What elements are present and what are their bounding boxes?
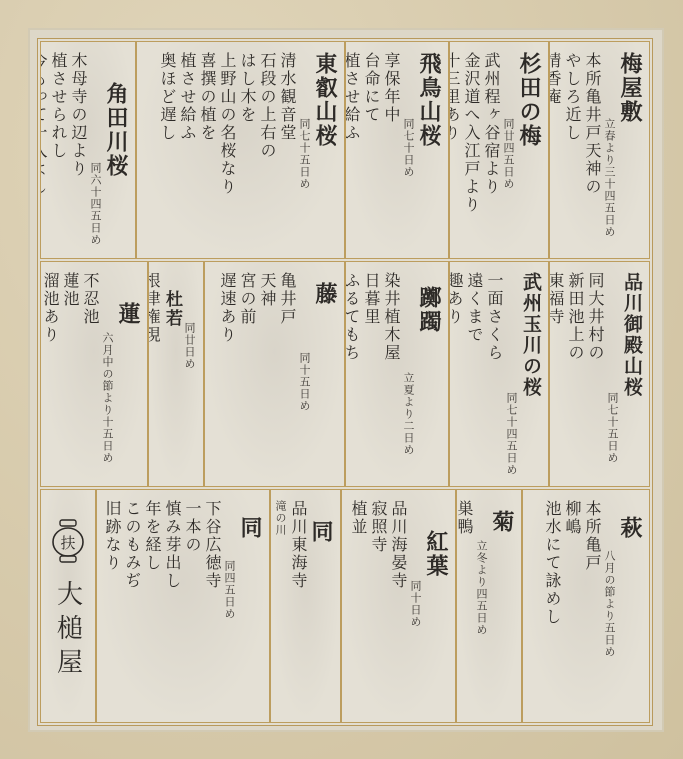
cell-lotus: 蓮 六月中の節より十五日め 不忍池 蓮池 溜池あり [40, 261, 148, 487]
entry-line: 趣あり [449, 272, 462, 480]
cell-iris: 同廿日め 杜若 根津権現 [148, 261, 204, 487]
entry-line: 一本の [184, 500, 200, 716]
entry-note: 立春より三十四五日め [604, 52, 615, 252]
entry-line: 上野山の名桜なり [219, 52, 235, 252]
entry-line: 旧跡なり [104, 500, 120, 716]
entry-line: 植させられし [50, 52, 66, 252]
entry-title: 萩 [619, 500, 641, 716]
entry-note: 同十五日め [299, 272, 310, 480]
entry-line: 遠くまで [466, 272, 482, 480]
entry-line: やしろ近し [564, 52, 580, 252]
cell-sumidagawa-cherry: 角田川桜 同六十四五日め 木母寺の辺より 植させられし 今もって一入よし [40, 41, 136, 259]
entry-note: 八月の節より五日め [604, 500, 615, 716]
entry-line: はし木を [239, 52, 255, 252]
entry-note: 同七十四五日め [506, 272, 517, 480]
cell-autumn-leaves-2: 同 品川東海寺 滝の川 [270, 489, 341, 723]
entry-line: 一面さくら [486, 272, 502, 480]
cell-autumn-leaves-3: 同 同四五日め 下谷広徳寺 一本の 慎み芽出し 年を経し このもみぢ 旧跡なり [96, 489, 270, 723]
entry-note: 立冬より四五日め [476, 500, 487, 716]
entry-line: 遅速あり [219, 272, 235, 480]
entry-title: 梅屋敷 [619, 52, 641, 252]
entry-note: 同七十五日め [607, 272, 618, 480]
entry-title: 飛鳥山桜 [418, 52, 440, 252]
entry-line: このもみぢ [124, 500, 140, 716]
entry-title: 品川御殿山桜 [622, 272, 641, 480]
print-frame: 梅屋敷 立春より三十四五日め 本所亀井戸天神の やしろ近し 清香庵 喜右衛門 杉… [37, 38, 653, 726]
entry-title: 同 [239, 500, 261, 716]
publisher-seal-icon: 扶 [48, 516, 88, 564]
entry-line: 武州程ヶ谷宿より [483, 52, 499, 252]
cell-publisher: 扶 大槌屋 [40, 489, 96, 723]
entry-note: 同廿四五日め [503, 52, 514, 252]
entry-line: 染井植木屋 [383, 272, 399, 480]
entry-line: 同大井村の [587, 272, 603, 480]
entry-line: ふるてもち [345, 272, 359, 480]
entry-line: 清香庵 [549, 52, 560, 252]
entry-line: 根津権現 [148, 272, 159, 480]
entry-line: 滝の川 [275, 500, 286, 716]
entry-title: 東叡山桜 [314, 52, 336, 252]
entry-line: 蓮池 [62, 272, 78, 480]
entry-line: 奥ほど遅し [159, 52, 175, 252]
entry-line: 溜池あり [42, 272, 58, 480]
entry-line: 品川東海寺 [290, 500, 306, 716]
entry-line: 巣鴨 [456, 500, 472, 716]
entry-line: 日暮里 [363, 272, 379, 480]
entry-line: 年を経し [144, 500, 160, 716]
entry-line: 慎み芽出し [164, 500, 180, 716]
entry-line: 清水観音堂 [279, 52, 295, 252]
entry-line: 宮の前 [239, 272, 255, 480]
entry-line: 不忍池 [82, 272, 98, 480]
cell-tamagawa-cherry: 武州玉川の桜 同七十四五日め 一面さくら 遠くまで 趣あり [449, 261, 549, 487]
entry-line: 柳嶋 [564, 500, 580, 716]
entry-line: 喜撰の植を [199, 52, 215, 252]
entry-line: 池水にて詠めし [544, 500, 560, 716]
entry-title: 躑躅 [418, 272, 440, 480]
entry-line: 東福寺 [549, 272, 563, 480]
svg-text:扶: 扶 [60, 534, 75, 552]
entry-line: 下谷広徳寺 [204, 500, 220, 716]
entry-line: 植並 [350, 500, 366, 716]
cell-shinagawa-goten-yama: 品川御殿山桜 同七十五日め 同大井村の 新田池上の 東福寺 西光寺 [549, 261, 650, 487]
entry-note: 立夏より二日め [403, 272, 414, 480]
entry-title: 紅葉 [425, 500, 447, 716]
entry-line: 植させ給ふ [345, 52, 359, 252]
entry-title: 角田川桜 [105, 52, 127, 252]
cell-azalea: 躑躅 立夏より二日め 染井植木屋 日暮里 ふるてもち [345, 261, 449, 487]
entry-line: 十三里あり [449, 52, 459, 252]
entry-note: 同十日め [410, 500, 421, 716]
entry-line: 亀井戸 [279, 272, 295, 480]
entry-line: 植させ給ふ [179, 52, 195, 252]
publisher-name: 大槌屋 [50, 580, 87, 682]
cell-bush-clover: 萩 八月の節より五日め 本所亀戸 柳嶋 池水にて詠めし [522, 489, 650, 723]
cell-toeizan-cherry: 東叡山桜 同七十五日め 清水観音堂 石段の上右の はし木を 上野山の名桜なり 喜… [136, 41, 345, 259]
entry-line: 本所亀戸 [584, 500, 600, 716]
entry-note: 同四五日め [224, 500, 235, 716]
entry-line: 木母寺の辺より [70, 52, 86, 252]
entry-note: 同七十日め [403, 52, 414, 252]
entry-note: 同廿日め [184, 272, 195, 480]
cell-chrysanthemum: 菊 立冬より四五日め 巣鴨 [456, 489, 522, 723]
entry-title: 杜若 [163, 272, 180, 480]
entry-line: 品川海晏寺 [390, 500, 406, 716]
entry-title: 藤 [314, 272, 336, 480]
entry-title: 同 [310, 500, 332, 716]
entry-title: 杉田の梅 [518, 52, 540, 252]
entry-note: 六月中の節より十五日め [102, 272, 113, 480]
entry-title: 蓮 [117, 272, 139, 480]
entry-line: 本所亀井戸天神の [584, 52, 600, 252]
cell-wisteria: 藤 同十五日め 亀井戸 天神 宮の前 遅速あり [204, 261, 345, 487]
entry-line: 寂照寺 [370, 500, 386, 716]
entry-note: 同七十五日め [299, 52, 310, 252]
entry-line: 天神 [259, 272, 275, 480]
entry-line: 金沢道へ入江戸より [463, 52, 479, 252]
cell-asukayama-cherry: 飛鳥山桜 同七十日め 享保年中 台命にて 植させ給ふ [345, 41, 449, 259]
cell-autumn-leaves: 紅葉 同十日め 品川海晏寺 寂照寺 植並 [341, 489, 456, 723]
entry-line: 石段の上右の [259, 52, 275, 252]
entry-line: 新田池上の [567, 272, 583, 480]
cell-plum-mansion: 梅屋敷 立春より三十四五日め 本所亀井戸天神の やしろ近し 清香庵 喜右衛門 [549, 41, 650, 259]
entry-title: 菊 [491, 500, 513, 716]
entry-line: 今もって一入よし [40, 52, 46, 252]
entry-note: 同六十四五日め [90, 52, 101, 252]
cell-sugita-plum: 杉田の梅 同廿四五日め 武州程ヶ谷宿より 金沢道へ入江戸より 十三里あり [449, 41, 549, 259]
entry-line: 台命にて [363, 52, 379, 252]
entry-line: 享保年中 [383, 52, 399, 252]
entry-title: 武州玉川の桜 [521, 272, 540, 480]
